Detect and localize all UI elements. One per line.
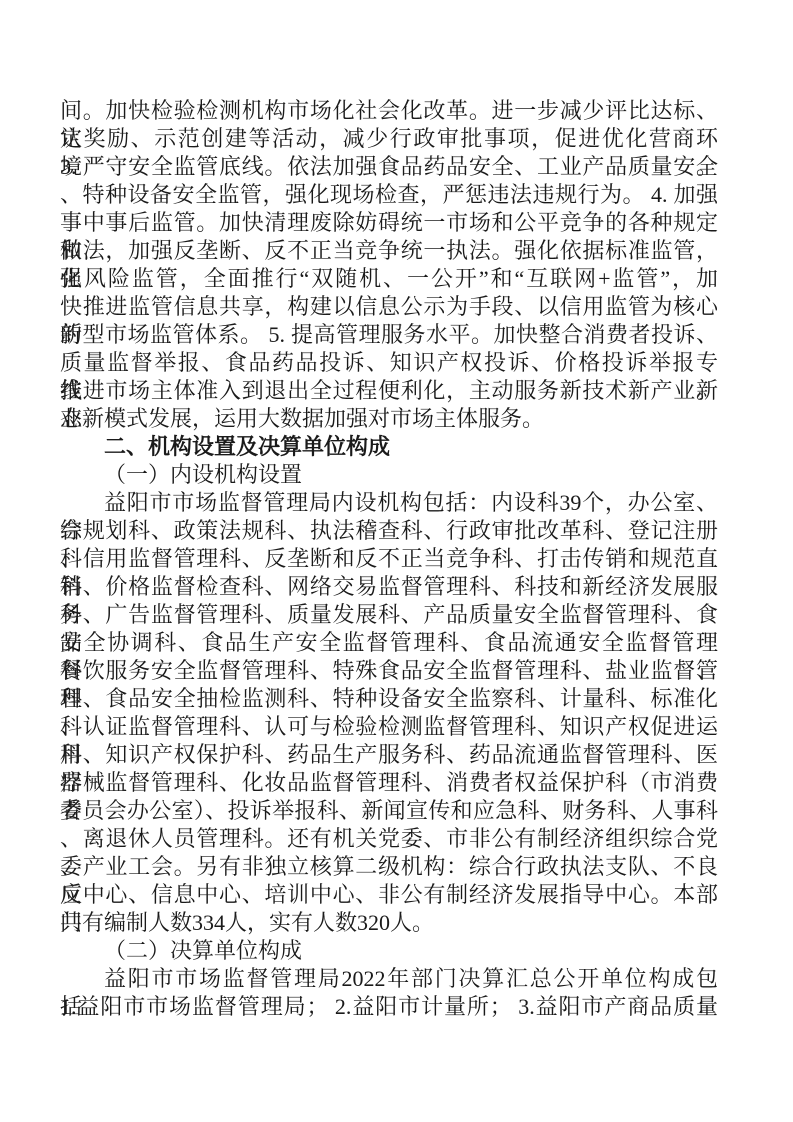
- document-page: 间。加快检验检测机构市场化社会化改革。进一步减少评比达标、认定奖励、示范创建等活…: [0, 0, 793, 1122]
- text-line: 化风险监管，全面推行“双随机、一公开”和“互联网+监管”，加: [60, 265, 718, 293]
- text-line: 推进市场主体准入到退出全过程便利化，主动服务新技术新产业新业: [60, 377, 718, 405]
- text-line: 、认证监督管理科、认可与检验检测监督管理科、知识产权促进运用: [60, 713, 718, 741]
- text-line: 益阳市市场监督管理局内设机构包括：内设科39个，办公室、综: [60, 489, 718, 517]
- text-line: 态新模式发展，运用大数据加强对市场主体服务。: [60, 405, 718, 433]
- text-line: 安全协调科、食品生产安全监督管理科、食品流通安全监督管理科、: [60, 629, 718, 657]
- text-line: 科、食品安全抽检监测科、特种设备安全监察科、计量科、标准化科: [60, 685, 718, 713]
- text-line: 质量监督举报、食品药品投诉、知识产权投诉、价格投诉举报专线。: [60, 349, 718, 377]
- text-line: 、信用监督管理科、反垄断和反不正当竞争科、打击传销和规范直销: [60, 545, 718, 573]
- text-line: 器械监督管理科、化妆品监督管理科、消费者权益保护科（市消费者: [60, 769, 718, 797]
- text-line: 间。加快检验检测机构市场化社会化改革。进一步减少评比达标、认: [60, 97, 718, 125]
- text-line: 科、价格监督检查科、网络交易监督管理科、科技和新经济发展服务: [60, 573, 718, 601]
- section-heading: 二、机构设置及决算单位构成: [60, 433, 718, 461]
- subsection-heading: （二）决算单位构成: [60, 937, 718, 965]
- text-line: 合规划科、政策法规科、执法稽查科、行政审批改革科、登记注册科: [60, 517, 718, 545]
- text-line: 委员会办公室）、投诉举报科、新闻宣传和应急科、财务科、人事科: [60, 797, 718, 825]
- text-line: 做法，加强反垄断、反不正当竞争统一执法。强化依据标准监管，强: [60, 237, 718, 265]
- text-line: 、产业工会。另有非独立核算二级机构：综合行政执法支队、不良反: [60, 853, 718, 881]
- text-line: 3. 严守安全监管底线。依法加强食品药品安全、工业产品质量安全: [60, 153, 718, 181]
- text-line: 快推进监管信息共享，构建以信息公示为手段、以信用监管为核心的: [60, 293, 718, 321]
- text-line: 定奖励、示范创建等活动，减少行政审批事项，促进优化营商环境。: [60, 125, 718, 153]
- text-line: 共有编制人数334人，实有人数320人。: [60, 909, 718, 937]
- document-content: 间。加快检验检测机构市场化社会化改革。进一步减少评比达标、认定奖励、示范创建等活…: [60, 97, 718, 1021]
- text-line: 餐饮服务安全监督管理科、特殊食品安全监督管理科、盐业监督管理: [60, 657, 718, 685]
- text-line: 科、知识产权保护科、药品生产服务科、药品流通监督管理科、医疗: [60, 741, 718, 769]
- text-line: 新型市场监管体系。 5. 提高管理服务水平。加快整合消费者投诉、: [60, 321, 718, 349]
- text-line: 1.益阳市市场监督管理局； 2.益阳市计量所； 3.益阳市产商品质量: [60, 993, 718, 1021]
- text-line: 益阳市市场监督管理局2022年部门决算汇总公开单位构成包括：: [60, 965, 718, 993]
- text-line: 、特种设备安全监管，强化现场检查，严惩违法违规行为。 4. 加强: [60, 181, 718, 209]
- text-line: 事中事后监管。加快清理废除妨碍统一市场和公平竞争的各种规定和: [60, 209, 718, 237]
- subsection-heading: （一）内设机构设置: [60, 461, 718, 489]
- text-line: 应中心、信息中心、培训中心、非公有制经济发展指导中心。本部门: [60, 881, 718, 909]
- text-line: 科、广告监督管理科、质量发展科、产品质量安全监督管理科、食品: [60, 601, 718, 629]
- text-line: 、离退休人员管理科。还有机关党委、市非公有制经济组织综合党委: [60, 825, 718, 853]
